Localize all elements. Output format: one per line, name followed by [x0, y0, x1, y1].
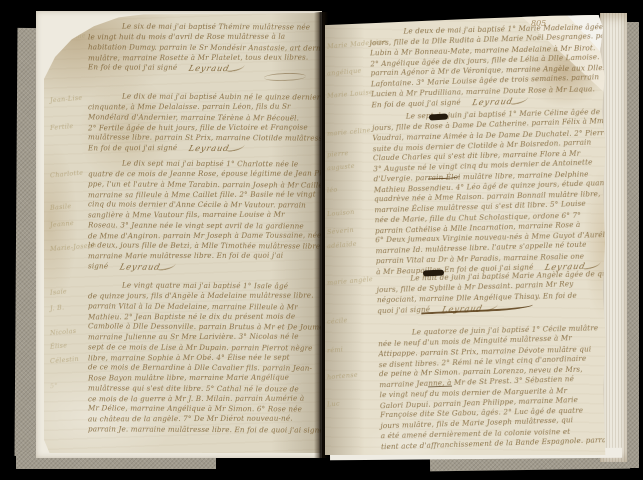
handwritten-line: de quinze jours, fils d'Angèle à Madelai…: [88, 291, 321, 302]
ink-strikethrough: [428, 383, 452, 388]
handwritten-line: marraine Julienne au Sr Mre Larivière. 3…: [88, 332, 321, 343]
margin-annotation-name: hortense: [327, 371, 359, 382]
manuscript-page-left: GuillaumeJean-LiseFertileCharlotteBasile…: [44, 13, 321, 453]
handwritten-line: cinquante, à Mme Delalaisse. parrain Léo…: [88, 102, 321, 113]
margin-annotation-name: 5°: [50, 382, 59, 391]
margin-annotation-name: Jeanne: [50, 219, 75, 229]
margin-annotation-name: Isaïe: [50, 287, 68, 296]
handwritten-line: sept de ce mois de Lise à Mr Dupain. par…: [88, 342, 321, 353]
priest-signature: Leyraud: [472, 95, 529, 107]
margin-annotation-name: léo: [327, 186, 338, 195]
manuscript-page-right: 805 Marie MadelaineangéliqueMarie Louise…: [325, 15, 607, 455]
handwritten-line: parrain Je. marraine mulâtresse libre. E…: [88, 424, 321, 435]
margin-annotation-name: Luc: [327, 399, 340, 408]
margin-annotation-name: marie céline: [327, 126, 371, 138]
margin-annotation-name: Célestin: [50, 355, 79, 365]
register-entry: Le dix sept mai j'ai baptisé 1° Charlott…: [88, 159, 321, 272]
handwritten-line: Rose Bayon mulâtre libre, marraine Marie…: [88, 373, 321, 384]
ink-blot-crossed-out-word: [423, 269, 444, 276]
handwritten-line: marraine Marie mulâtresse libre. En foi …: [88, 251, 321, 262]
handwritten-line: habitation Dumay. parrain le Sr Mondésir…: [88, 42, 321, 53]
handwritten-line: quatre de ce mois de Jeanne Rose, épouse…: [88, 169, 321, 180]
handwritten-line: au château de la angèle. 7° De Mr Diérot…: [88, 414, 321, 425]
margin-annotation-name: J. B.: [50, 303, 65, 312]
handwritten-line: ppe, l'un et l'autre à Mme Tarabin. parr…: [88, 179, 321, 190]
handwritten-line: Mondélard d'Andernier, marraine Térène à…: [88, 112, 321, 123]
ink-blot-crossed-out-month: [429, 114, 448, 121]
margin-annotation-name: pierre: [327, 149, 349, 159]
handwritten-line: le vingt huit du mois d'avril de Rose mu…: [88, 32, 321, 43]
margin-annotation-name: Basile: [50, 202, 72, 212]
margin-annotation-name: Nicolas: [50, 327, 77, 337]
register-entry: Le deux de mai j'ai baptisé 1° Marie Mad…: [369, 21, 605, 110]
margin-annotation-name: Marie Louise: [327, 88, 374, 100]
register-entry: Le vingt quatre mai j'ai baptisé 1° Isaï…: [88, 281, 321, 435]
handwritten-line: mulâtresse qui s'est dite libre. 5° Cath…: [88, 383, 321, 394]
margin-annotation-name: marie angèle: [327, 275, 374, 287]
margin-annotation-name: cécile: [327, 316, 348, 326]
margin-annotation-name: Jean-Lise: [50, 94, 83, 105]
priest-signature: Leyraud: [188, 143, 245, 153]
register-book-scan: GuillaumeJean-LiseFertileCharlotteBasile…: [0, 0, 643, 480]
margin-annotation-name: Fertile: [50, 122, 74, 132]
register-entry: Le six de mai j'ai baptisé Thémire mulât…: [88, 22, 321, 73]
margin-annotation-name: Séverin: [327, 226, 354, 236]
margin-annotation-name: Louison: [327, 208, 355, 218]
margin-annotation-name: auguste: [327, 162, 355, 172]
handwritten-line: signéLeyraud: [88, 261, 321, 272]
handwritten-line: parrain Vital à la De Madelaine, marrain…: [88, 301, 321, 312]
register-entry: Le quatorze de juin j'ai baptisé 1° Céci…: [378, 322, 607, 451]
handwritten-line: sanglière à Mme Vautour fils, marraine L…: [88, 210, 321, 221]
handwritten-line: Roseau. 3° Jeanne née le vingt sept avri…: [88, 220, 321, 231]
margin-annotation-name: Charlotte: [50, 169, 84, 180]
margin-annotation-name: adélaïde: [327, 240, 357, 251]
register-entry: Le sept de juin j'ai baptisé 1° Marie Cé…: [372, 106, 607, 276]
margin-annotation-name: rémi: [327, 345, 344, 354]
margin-annotation-name: angélique: [327, 67, 362, 78]
register-entry: Le dix de mai j'ai baptisé Aubin né le q…: [88, 92, 321, 154]
priest-signature: Leyraud: [188, 63, 245, 74]
ink-dash-marks: [264, 72, 306, 81]
margin-annotation-name: Élise: [50, 341, 68, 350]
handwritten-line: En foi de quoi j'ai signéLeyraud: [88, 143, 321, 154]
priest-signature: Leyraud: [119, 261, 176, 272]
